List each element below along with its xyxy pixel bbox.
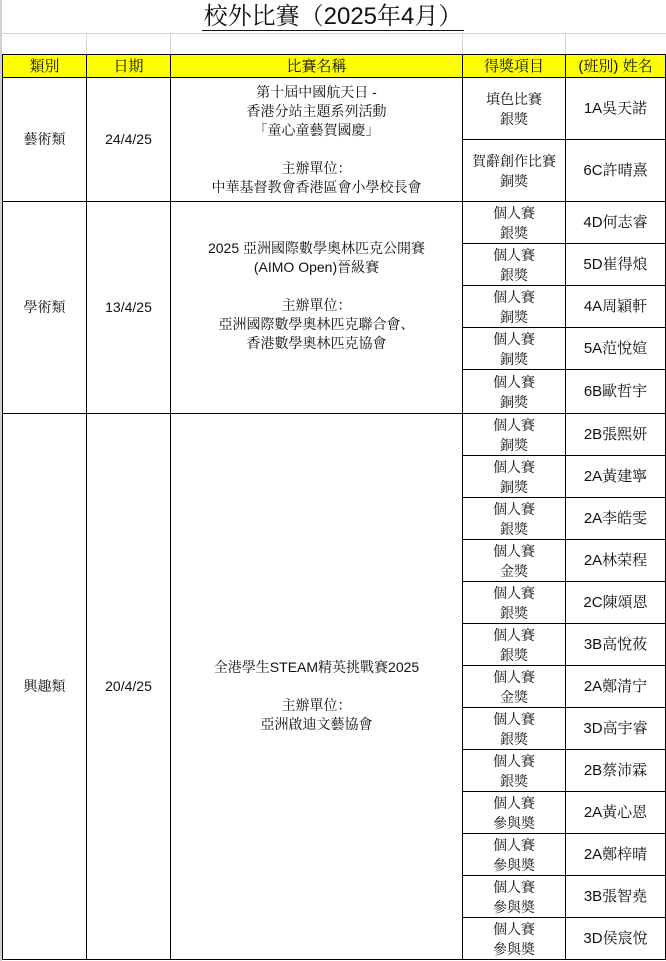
award-cell: 個人賽銀獎 <box>463 750 566 792</box>
competition-name-line: 第十屆中國航天日 - <box>171 83 462 102</box>
spacer <box>171 353 462 377</box>
award-level: 參與奬 <box>463 813 565 833</box>
award-level: 銅獎 <box>463 392 565 412</box>
competition-cell: 全港學生STEAM精英挑戰賽2025主辦單位：亞洲啟迪文藝協會 <box>171 414 463 960</box>
category-cell: 興趣類 <box>3 414 87 960</box>
student-cell: 4A周穎軒 <box>566 286 666 328</box>
award-cell: 個人賽銀獎 <box>463 624 566 666</box>
award-cell: 個人賽銅獎 <box>463 414 566 456</box>
student-cell: 2A黃心恩 <box>566 792 666 834</box>
table-body: 藝術類24/4/25第十屆中國航天日 -香港分站主題系列活動「童心童藝賀國慶」主… <box>3 78 666 960</box>
student-cell: 1A吳天諾 <box>566 78 666 140</box>
student-cell: 5D崔得烺 <box>566 244 666 286</box>
award-cell: 個人賽金獎 <box>463 666 566 708</box>
header-student: (班別) 姓名 <box>566 55 666 78</box>
award-level: 銅獎 <box>463 477 565 497</box>
award-cell: 個人賽金獎 <box>463 540 566 582</box>
award-item: 個人賽 <box>463 415 565 435</box>
organizer-line: 亞洲國際數學奧林匹克聯合會、 <box>171 315 462 334</box>
table-row: 學術類13/4/252025 亞洲國際數學奧林匹克公開賽(AIMO Open)晉… <box>3 202 666 244</box>
award-level: 銅獎 <box>463 171 565 191</box>
award-item: 個人賽 <box>463 372 565 392</box>
competition-name-line: 香港分站主題系列活動 <box>171 102 462 121</box>
award-cell: 個人賽參與奬 <box>463 834 566 876</box>
gridline <box>462 33 463 54</box>
student-cell: 3D高宇睿 <box>566 708 666 750</box>
award-item: 個人賽 <box>463 709 565 729</box>
award-cell: 個人賽銅獎 <box>463 286 566 328</box>
award-cell: 個人賽參與奬 <box>463 918 566 960</box>
award-cell: 個人賽銅獎 <box>463 370 566 414</box>
award-item: 個人賽 <box>463 203 565 223</box>
organizer-line: 亞洲啟迪文藝協會 <box>171 715 462 734</box>
organizer-label: 主辦單位： <box>171 159 462 178</box>
header-date: 日期 <box>87 55 171 78</box>
award-level: 銀獎 <box>463 729 565 749</box>
date-cell: 20/4/25 <box>87 414 171 960</box>
student-cell: 2A鄭清宁 <box>566 666 666 708</box>
award-cell: 填色比賽銀獎 <box>463 78 566 140</box>
award-item: 個人賽 <box>463 457 565 477</box>
award-cell: 個人賽參與奬 <box>463 876 566 918</box>
organizer-label: 主辦單位： <box>171 296 462 315</box>
award-item: 個人賽 <box>463 583 565 603</box>
student-cell: 3B高悅莜 <box>566 624 666 666</box>
student-cell: 3D侯宸悅 <box>566 918 666 960</box>
award-item: 個人賽 <box>463 835 565 855</box>
page-title: 校外比賽（2025年4月） <box>0 3 666 31</box>
award-item: 個人賽 <box>463 329 565 349</box>
award-level: 銀獎 <box>463 771 565 791</box>
award-level: 金獎 <box>463 687 565 707</box>
organizer-line: 中華基督教會香港區會小學校長會 <box>171 178 462 197</box>
student-cell: 4D何志睿 <box>566 202 666 244</box>
header-competition: 比賽名稱 <box>171 55 463 78</box>
competition-table: 類別 日期 比賽名稱 得獎項目 (班別) 姓名 藝術類24/4/25第十屆中國航… <box>2 54 666 960</box>
title-row: 校外比賽（2025年4月） <box>0 0 666 34</box>
table-row: 藝術類24/4/25第十屆中國航天日 -香港分站主題系列活動「童心童藝賀國慶」主… <box>3 78 666 140</box>
award-item: 個人賽 <box>463 499 565 519</box>
date-cell: 24/4/25 <box>87 78 171 202</box>
student-cell: 2A鄭梓晴 <box>566 834 666 876</box>
competition-cell: 2025 亞洲國際數學奧林匹克公開賽(AIMO Open)晉級賽主辦單位：亞洲國… <box>171 202 463 414</box>
header-category: 類別 <box>3 55 87 78</box>
competition-name-line: (AIMO Open)晉級賽 <box>171 258 462 277</box>
award-cell: 個人賽參與奬 <box>463 792 566 834</box>
award-level: 銀獎 <box>463 519 565 539</box>
date-cell: 13/4/25 <box>87 202 171 414</box>
competition-name-line: 2025 亞洲國際數學奧林匹克公開賽 <box>171 239 462 258</box>
award-cell: 個人賽銅獎 <box>463 328 566 370</box>
award-level: 銀獎 <box>463 223 565 243</box>
spacer <box>171 140 462 159</box>
category-cell: 學術類 <box>3 202 87 414</box>
award-cell: 個人賽銅獎 <box>463 456 566 498</box>
award-cell: 個人賽銀獎 <box>463 244 566 286</box>
student-cell: 2B張熙妍 <box>566 414 666 456</box>
competition-name-line: 全港學生STEAM精英挑戰賽2025 <box>171 658 462 677</box>
student-cell: 5A范悅媗 <box>566 328 666 370</box>
student-cell: 2A李皓雯 <box>566 498 666 540</box>
spacer <box>171 277 462 296</box>
spacer <box>171 640 462 658</box>
award-level: 銀獎 <box>463 109 565 129</box>
competition-cell: 第十屆中國航天日 -香港分站主題系列活動「童心童藝賀國慶」主辦單位：中華基督教會… <box>171 78 463 202</box>
gridline <box>86 33 87 54</box>
award-level: 參與奬 <box>463 939 565 959</box>
header-row: 類別 日期 比賽名稱 得獎項目 (班別) 姓名 <box>3 55 666 78</box>
student-cell: 2C陳頌恩 <box>566 582 666 624</box>
award-level: 銅獎 <box>463 435 565 455</box>
student-cell: 6B歐哲宇 <box>566 370 666 414</box>
student-cell: 3B張智堯 <box>566 876 666 918</box>
award-item: 賀辭創作比賽 <box>463 151 565 171</box>
organizer-line: 香港數學奧林匹克協會 <box>171 334 462 353</box>
award-item: 個人賽 <box>463 287 565 307</box>
award-cell: 個人賽銀獎 <box>463 582 566 624</box>
student-cell: 2A林荣程 <box>566 540 666 582</box>
award-item: 個人賽 <box>463 877 565 897</box>
award-item: 個人賽 <box>463 751 565 771</box>
table-row: 興趣類20/4/25全港學生STEAM精英挑戰賽2025主辦單位：亞洲啟迪文藝協… <box>3 414 666 456</box>
gridline <box>565 33 566 54</box>
award-level: 參與奬 <box>463 897 565 917</box>
award-cell: 賀辭創作比賽銅獎 <box>463 140 566 202</box>
competition-name-line: 「童心童藝賀國慶」 <box>171 121 462 140</box>
award-level: 銅獎 <box>463 349 565 369</box>
student-cell: 2A黃建寧 <box>566 456 666 498</box>
student-cell: 6C許晴熹 <box>566 140 666 202</box>
award-level: 銅獎 <box>463 307 565 327</box>
award-level: 銀獎 <box>463 265 565 285</box>
award-item: 個人賽 <box>463 667 565 687</box>
award-item: 個人賽 <box>463 793 565 813</box>
organizer-label: 主辦單位： <box>171 696 462 715</box>
gridline <box>170 33 171 54</box>
award-item: 個人賽 <box>463 245 565 265</box>
award-cell: 個人賽銀獎 <box>463 202 566 244</box>
blank-row <box>0 33 666 54</box>
category-cell: 藝術類 <box>3 78 87 202</box>
award-level: 金獎 <box>463 561 565 581</box>
header-award: 得獎項目 <box>463 55 566 78</box>
award-item: 填色比賽 <box>463 89 565 109</box>
award-level: 參與奬 <box>463 855 565 875</box>
spacer <box>171 677 462 696</box>
award-cell: 個人賽銀獎 <box>463 498 566 540</box>
award-level: 銀獎 <box>463 603 565 623</box>
award-item: 個人賽 <box>463 919 565 939</box>
award-cell: 個人賽銀獎 <box>463 708 566 750</box>
award-item: 個人賽 <box>463 541 565 561</box>
page-title-text: 校外比賽（2025年4月） <box>202 3 465 31</box>
student-cell: 2B蔡沛霖 <box>566 750 666 792</box>
award-item: 個人賽 <box>463 625 565 645</box>
award-level: 銀獎 <box>463 645 565 665</box>
